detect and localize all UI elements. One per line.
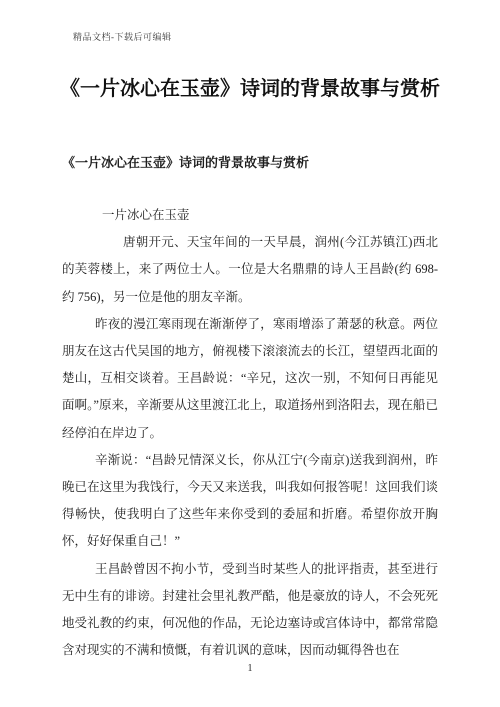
page-number: 1 (0, 663, 500, 674)
paragraph-3: 辛渐说：“昌龄兄情深义长，你从江宁(今南京)送我到润州，昨晚已在这里为我饯行，今… (62, 447, 438, 556)
paragraph-2: 昨夜的漫江寒雨现在渐渐停了，寒雨增添了萧瑟的秋意。两位朋友在这古代吴国的地方，俯… (62, 311, 438, 447)
section-heading: 一片冰心在玉壶 (62, 202, 438, 229)
document-page: 精品文档-下载后可编辑 《一片冰心在玉壶》诗词的背景故事与赏析 《一片冰心在玉壶… (0, 0, 500, 707)
header-watermark-text: 精品文档-下载后可编辑 (73, 30, 172, 43)
paragraph-1: 唐朝开元、天宝年间的一天早晨，润州(今江苏镇江)西北的芙蓉楼上，来了两位士人。一… (62, 229, 438, 311)
document-title: 《一片冰心在玉壶》诗词的背景故事与赏析 (40, 70, 460, 108)
paragraph-4: 王昌龄曾因不拘小节，受到当时某些人的批评指责，甚至进行无中生有的诽谤。封建社会里… (62, 556, 438, 665)
document-subtitle: 《一片冰心在玉壶》诗词的背景故事与赏析 (62, 152, 438, 171)
document-body: 一片冰心在玉壶 唐朝开元、天宝年间的一天早晨，润州(今江苏镇江)西北的芙蓉楼上，… (62, 202, 438, 664)
